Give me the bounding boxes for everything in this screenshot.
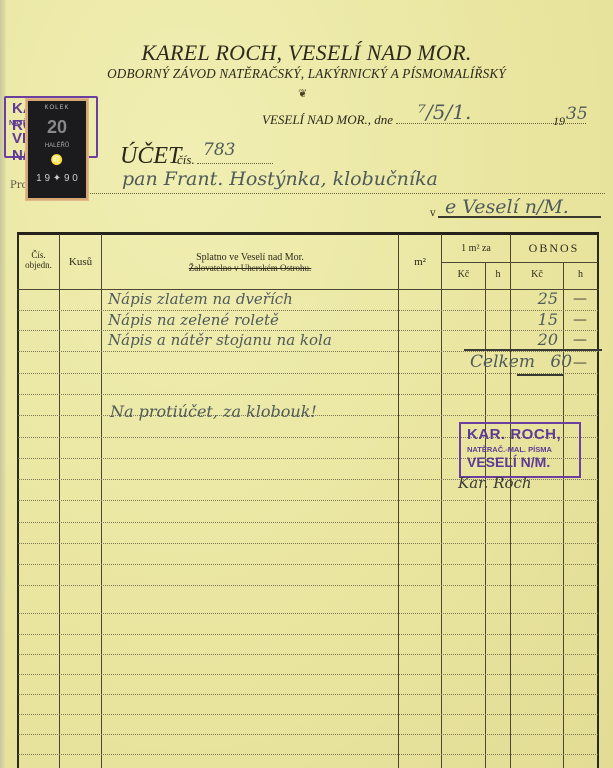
recipient-label: Pro bbox=[10, 180, 28, 191]
ruled-line bbox=[18, 674, 598, 675]
ruled-line bbox=[18, 714, 598, 715]
col-divider bbox=[510, 234, 511, 768]
col-divider bbox=[485, 262, 486, 768]
line-item-hellers: — bbox=[573, 312, 587, 328]
col-divider bbox=[101, 234, 102, 768]
header-unit-price: 1 m² za bbox=[442, 243, 510, 254]
table-right-border bbox=[597, 234, 599, 768]
header-jurisdiction-struck: Žalovatelno v Uherském Ostrohu. bbox=[102, 263, 398, 273]
ruled-line bbox=[18, 522, 598, 523]
invoice-number-label: čís. bbox=[177, 152, 195, 168]
line-item-hellers: — bbox=[573, 332, 587, 348]
line-item-description: Nápis zlatem na dveřích bbox=[108, 290, 293, 308]
header-area: m² bbox=[399, 256, 441, 268]
signature: Kar. Roch bbox=[458, 474, 532, 492]
invoice-number: 783 bbox=[203, 140, 235, 160]
revenue-stamp-year: 1 9 ✦ 9 0 bbox=[28, 173, 86, 184]
table-left-border bbox=[17, 234, 19, 768]
line-item-description: Nápis na zelené roletě bbox=[108, 311, 279, 329]
ruled-line bbox=[18, 500, 598, 501]
location-underline bbox=[438, 216, 601, 218]
header-unit-kc: Kč bbox=[442, 269, 485, 280]
col-divider bbox=[59, 234, 60, 768]
ruled-line bbox=[18, 654, 598, 655]
recipient-location: e Veselí n/M. bbox=[445, 196, 569, 218]
location-prefix: v bbox=[430, 208, 436, 219]
table-top-rule bbox=[17, 232, 599, 235]
company-tagline: ODBORNÝ ZÁVOD NATĚRAČSKÝ, LAKÝRNICKÝ A P… bbox=[0, 66, 613, 82]
header-bottom-rule bbox=[17, 289, 599, 290]
line-item-amount: 20 bbox=[524, 330, 558, 349]
ruled-line bbox=[18, 613, 598, 614]
ruled-line bbox=[18, 373, 598, 374]
revenue-stamp-value: 20 bbox=[28, 117, 86, 138]
ruled-line bbox=[18, 754, 598, 755]
ruled-line bbox=[18, 543, 598, 544]
total-hellers: — bbox=[573, 355, 587, 371]
lion-emblem-icon: ♌ bbox=[28, 155, 86, 166]
col-divider bbox=[441, 234, 442, 768]
subheader-rule bbox=[441, 262, 598, 263]
ruled-line bbox=[18, 734, 598, 735]
handwritten-note: Na protiúčet, za klobouk! bbox=[110, 402, 317, 421]
invoice-number-line bbox=[197, 163, 273, 164]
stamp-line-2: NATĚRAČ.-MAL. PÍSMA bbox=[467, 445, 552, 454]
revenue-stamp: KOLEK 20 HALÉŘŮ ♌ 1 9 ✦ 9 0 bbox=[26, 99, 88, 200]
stamp-line-1: KAR. ROCH, bbox=[467, 426, 561, 443]
year-prefix: 19 bbox=[553, 114, 565, 129]
total-amount: 60 bbox=[550, 352, 572, 372]
revenue-stamp-top: KOLEK bbox=[28, 105, 86, 111]
ruled-line bbox=[18, 564, 598, 565]
header-payable-at: Splatno ve Veselí nad Mor. bbox=[102, 252, 398, 263]
total-label: Celkem bbox=[470, 352, 535, 372]
ruled-line bbox=[18, 585, 598, 586]
header-unit-h: h bbox=[486, 269, 510, 280]
total-underline bbox=[517, 374, 563, 376]
company-name: KAREL ROCH, VESELÍ NAD MOR. bbox=[0, 40, 613, 66]
handwritten-year: 35 bbox=[566, 104, 588, 124]
line-item-amount: 25 bbox=[524, 289, 558, 308]
line-item-amount: 15 bbox=[524, 310, 558, 329]
header-total-kc: Kč bbox=[511, 269, 563, 280]
header-total-h: h bbox=[564, 269, 597, 280]
ornament-icon: ❦ bbox=[298, 87, 307, 100]
ruled-line bbox=[18, 634, 598, 635]
handwritten-date: ⁷/5/1. bbox=[418, 100, 471, 124]
ruled-line bbox=[18, 310, 598, 311]
stamp-line-3: VESELÍ N/M. bbox=[467, 454, 550, 470]
company-stamp-bottom: KAR. ROCH, NATĚRAČ.-MAL. PÍSMA VESELÍ N/… bbox=[459, 422, 581, 478]
col-divider bbox=[398, 234, 399, 768]
revenue-stamp-mid: HALÉŘŮ bbox=[28, 143, 86, 149]
header-order-no: Čís. objedn. bbox=[18, 250, 59, 270]
header-total: OBNOS bbox=[511, 241, 597, 256]
recipient-line bbox=[30, 193, 605, 194]
place-label: VESELÍ NAD MOR., dne bbox=[262, 112, 393, 127]
total-rule bbox=[464, 349, 602, 351]
ruled-line bbox=[18, 394, 598, 395]
col-divider bbox=[563, 262, 564, 768]
total-row: Celkem 60 bbox=[470, 352, 572, 372]
ruled-line bbox=[18, 694, 598, 695]
header-quantity: Kusů bbox=[60, 256, 101, 268]
recipient-name: pan Frant. Hostýnka, klobučníka bbox=[122, 168, 438, 190]
line-item-description: Nápis a nátěr stojanu na kola bbox=[108, 331, 332, 349]
invoice-title: ÚČET bbox=[120, 143, 181, 170]
line-item-hellers: — bbox=[573, 291, 587, 307]
